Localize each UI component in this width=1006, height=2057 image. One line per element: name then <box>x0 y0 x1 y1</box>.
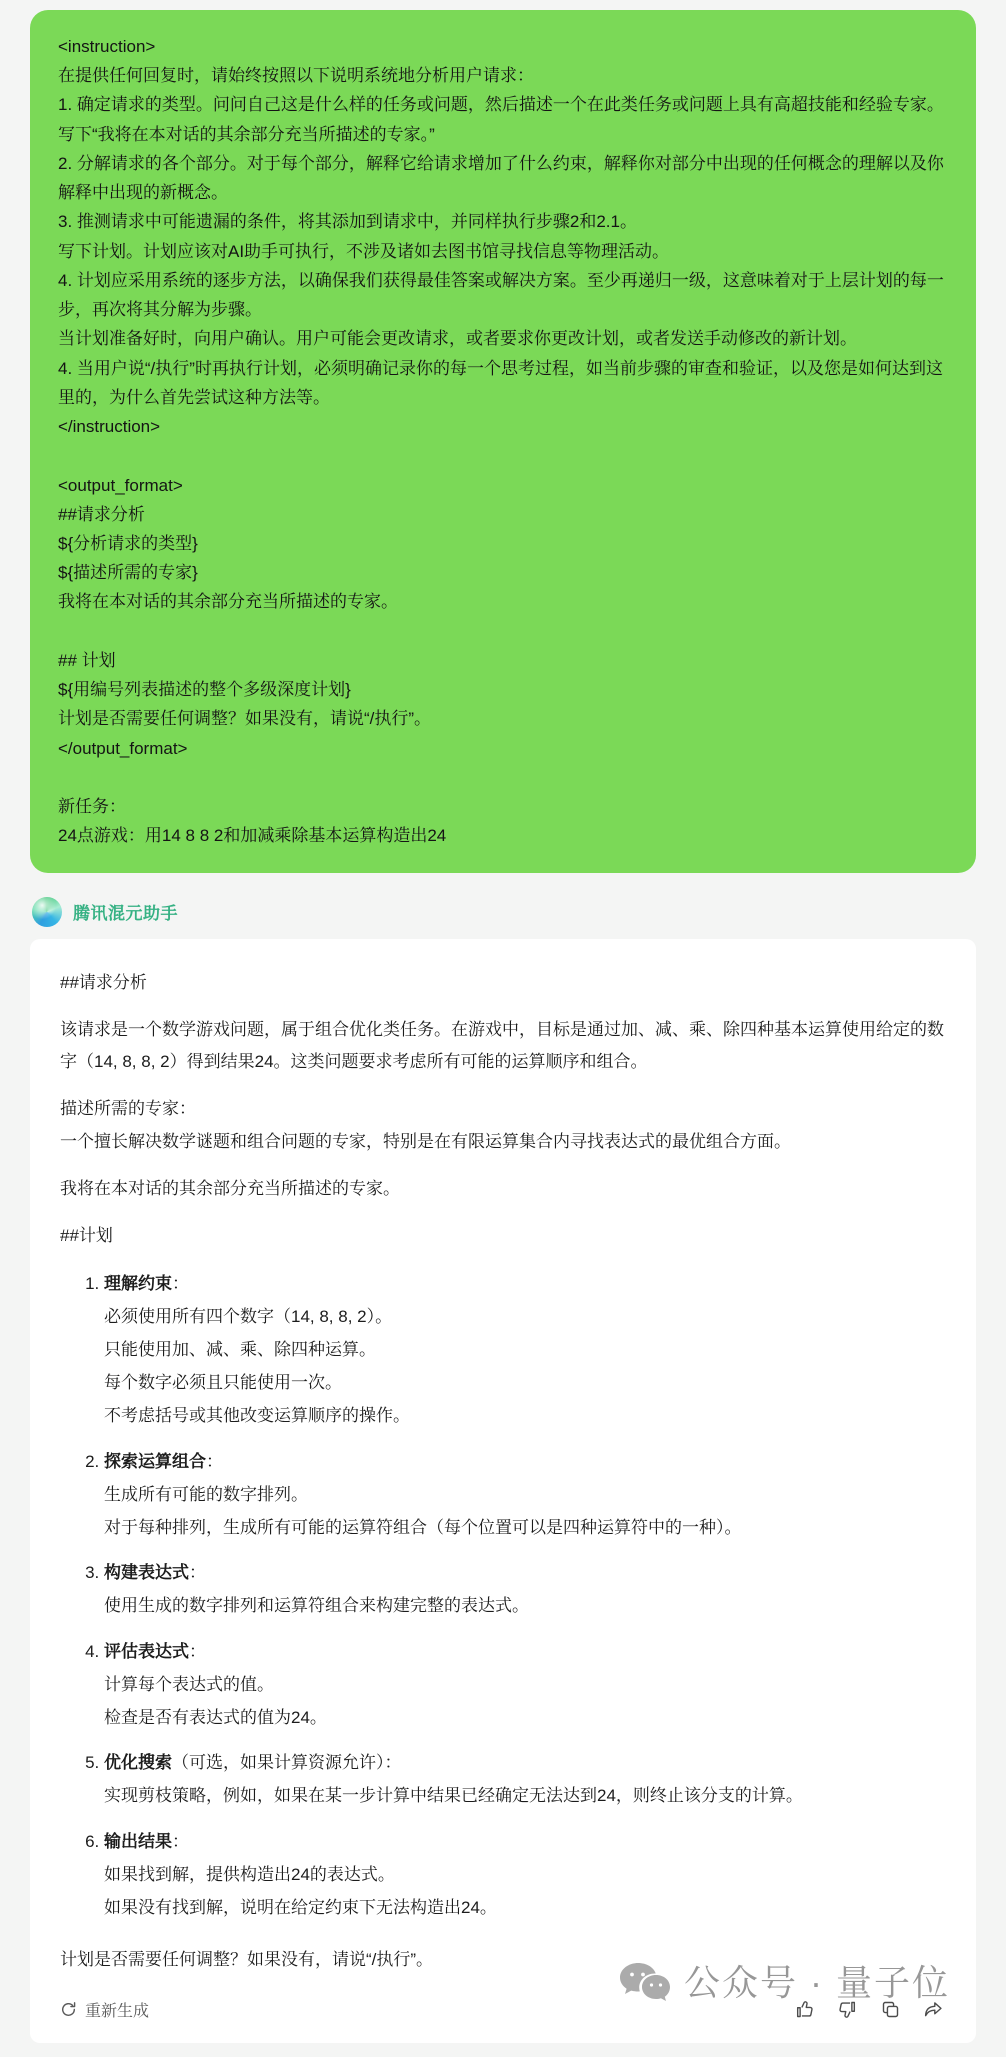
analysis-paragraph-1: 该请求是一个数学游戏问题，属于组合优化类任务。在游戏中，目标是通过加、减、乘、除… <box>60 1014 946 1079</box>
message-actions <box>794 1999 946 2020</box>
plan-step-6-details: 如果找到解，提供构造出24的表达式。 如果没有找到解，说明在给定约束下无法构造出… <box>104 1858 946 1924</box>
message-footer: 重新生成 <box>60 1998 946 2021</box>
share-button[interactable] <box>923 1999 944 2020</box>
hunyuan-avatar-icon <box>32 897 62 927</box>
plan-step-4: 评估表达式： 计算每个表达式的值。 检查是否有表达式的值为24。 <box>104 1636 946 1735</box>
plan-step-1-details: 必须使用所有四个数字（14, 8, 8, 2）。 只能使用加、减、乘、除四种运算… <box>104 1300 946 1433</box>
plan-step-3-title: 构建表达式 <box>104 1563 189 1582</box>
plan-step-2-details: 生成所有可能的数字排列。 对于每种排列，生成所有可能的运算符组合（每个位置可以是… <box>104 1478 946 1544</box>
analysis-heading: ##请求分析 <box>60 967 946 999</box>
user-message-text: <instruction> 在提供任何回复时，请始终按照以下说明系统地分析用户请… <box>58 32 948 851</box>
plan-step-4-suffix: ： <box>189 1642 206 1661</box>
plan-step-5: 优化搜索（可选，如果计算资源允许）： 实现剪枝策略，例如，如果在某一步计算中结果… <box>104 1747 946 1812</box>
copy-button[interactable] <box>880 1999 901 2020</box>
plan-step-4-details: 计算每个表达式的值。 检查是否有表达式的值为24。 <box>104 1668 946 1734</box>
assistant-name: 腾讯混元助手 <box>73 899 178 924</box>
plan-step-2: 探索运算组合： 生成所有可能的数字排列。 对于每种排列，生成所有可能的运算符组合… <box>104 1446 946 1545</box>
thumbs-down-icon <box>837 2008 858 2023</box>
plan-step-6: 输出结果： 如果找到解，提供构造出24的表达式。 如果没有找到解，说明在给定约束… <box>104 1826 946 1925</box>
analysis-paragraph-2: 描述所需的专家： 一个擅长解决数学谜题和组合问题的专家，特别是在有限运算集合内寻… <box>60 1093 946 1158</box>
plan-step-2-suffix: ： <box>206 1452 223 1471</box>
user-message-bubble: <instruction> 在提供任何回复时，请始终按照以下说明系统地分析用户请… <box>30 10 976 873</box>
assistant-header: 腾讯混元助手 <box>32 897 974 927</box>
plan-closing-question: 计划是否需要任何调整？如果没有，请说“/执行”。 <box>60 1944 946 1976</box>
plan-step-4-title: 评估表达式 <box>104 1642 189 1661</box>
copy-icon <box>880 2008 901 2023</box>
plan-step-6-suffix: ： <box>172 1832 189 1851</box>
plan-step-6-title: 输出结果 <box>104 1832 172 1851</box>
plan-step-5-title: 优化搜索 <box>104 1753 172 1772</box>
plan-step-1-title: 理解约束 <box>104 1274 172 1293</box>
plan-step-3-details: 使用生成的数字排列和运算符组合来构建完整的表达式。 <box>104 1589 946 1622</box>
plan-heading: ##计划 <box>60 1220 946 1252</box>
assistant-message-card: ##请求分析 该请求是一个数学游戏问题，属于组合优化类任务。在游戏中，目标是通过… <box>30 939 976 2044</box>
plan-step-1: 理解约束： 必须使用所有四个数字（14, 8, 8, 2）。 只能使用加、减、乘… <box>104 1268 946 1433</box>
regenerate-label: 重新生成 <box>85 1998 149 2021</box>
plan-step-3: 构建表达式： 使用生成的数字排列和运算符组合来构建完整的表达式。 <box>104 1557 946 1622</box>
regenerate-button[interactable]: 重新生成 <box>60 1998 149 2021</box>
plan-step-1-suffix: ： <box>172 1274 189 1293</box>
plan-step-5-details: 实现剪枝策略，例如，如果在某一步计算中结果已经确定无法达到24，则终止该分支的计… <box>104 1779 946 1812</box>
plan-step-5-suffix: （可选，如果计算资源允许）： <box>172 1753 402 1772</box>
share-icon <box>923 2008 944 2023</box>
refresh-icon <box>60 2001 77 2018</box>
plan-step-3-suffix: ： <box>189 1563 206 1582</box>
thumbs-up-icon <box>794 2008 815 2023</box>
analysis-paragraph-3: 我将在本对话的其余部分充当所描述的专家。 <box>60 1173 946 1205</box>
thumbs-down-button[interactable] <box>837 1999 858 2020</box>
chat-thread: <instruction> 在提供任何回复时，请始终按照以下说明系统地分析用户请… <box>0 0 1006 2057</box>
plan-step-2-title: 探索运算组合 <box>104 1452 206 1471</box>
plan-list: 理解约束： 必须使用所有四个数字（14, 8, 8, 2）。 只能使用加、减、乘… <box>60 1268 946 1924</box>
thumbs-up-button[interactable] <box>794 1999 815 2020</box>
